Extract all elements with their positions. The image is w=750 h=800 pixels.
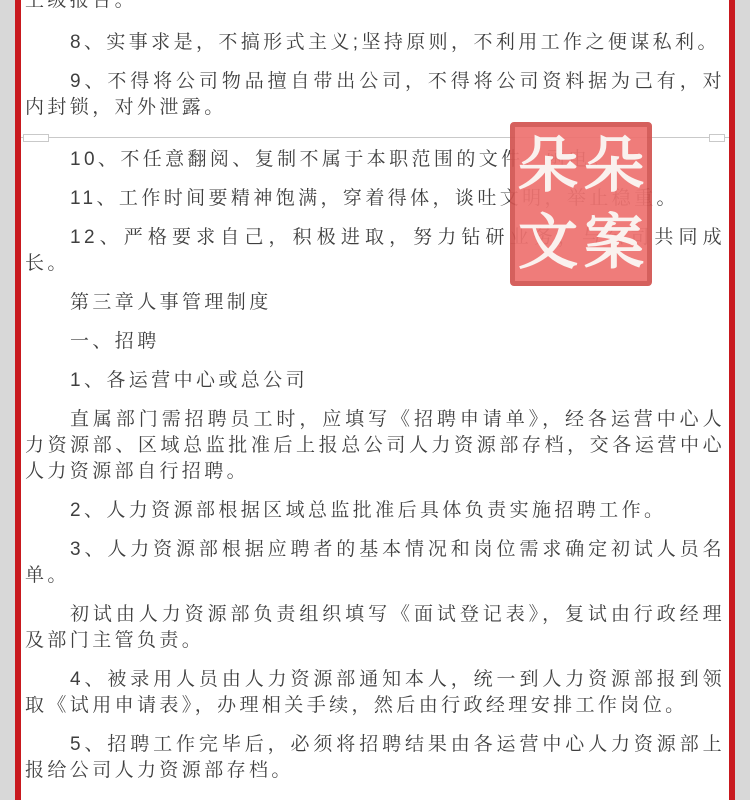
paragraph: 5、招聘工作完毕后，必须将招聘结果由各运营中心人力资源部上报给公司人力资源部存档… [25, 732, 725, 784]
paragraph: 初试由人力资源部负责组织填写《面试登记表》，复试由行政经理及部门主管负责。 [25, 602, 725, 654]
paragraph: 9、不得将公司物品擅自带出公司，不得将公司资料据为己有，对内封锁，对外泄露。 [25, 69, 725, 121]
page-break-mark-left [23, 134, 49, 142]
page-border-right [729, 0, 735, 800]
stamp-seal-text: 朵 朵 文 案 [515, 127, 647, 281]
stamp-char: 朵 [584, 136, 644, 196]
paragraph: 8、实事求是，不搞形式主义;坚持原则，不利用工作之便谋私利。 [25, 30, 725, 56]
stamp-char: 朵 [518, 136, 578, 196]
paragraph: 4、被录用人员由人力资源部通知本人，统一到人力资源部报到领取《试用申请表》，办理… [25, 667, 725, 719]
watermark-stamp: 朵 朵 文 案 [510, 122, 652, 286]
paragraph: 3、人力资源部根据应聘者的基本情况和岗位需求确定初试人员名单。 [25, 537, 725, 589]
page-break-mark-right [709, 134, 725, 142]
paragraph: 2、人力资源部根据区域总监批准后具体负责实施招聘工作。 [25, 498, 725, 524]
section-heading: 一、招聘 [25, 329, 725, 355]
paragraph: 1、各运营中心或总公司 [25, 368, 725, 394]
document-page: 上级报告。8、实事求是，不搞形式主义;坚持原则，不利用工作之便谋私利。9、不得将… [21, 0, 729, 800]
paragraph-tail: 上级报告。 [25, 0, 725, 14]
stamp-char: 案 [584, 213, 644, 273]
stamp-char: 文 [518, 213, 578, 273]
document-body: 上级报告。8、实事求是，不搞形式主义;坚持原则，不利用工作之便谋私利。9、不得将… [25, 0, 725, 797]
page-border-left [15, 0, 21, 800]
paragraph: 直属部门需招聘员工时，应填写《招聘申请单》，经各运营中心人力资源部、区域总监批准… [25, 407, 725, 485]
chapter-heading: 第三章人事管理制度 [25, 290, 725, 316]
